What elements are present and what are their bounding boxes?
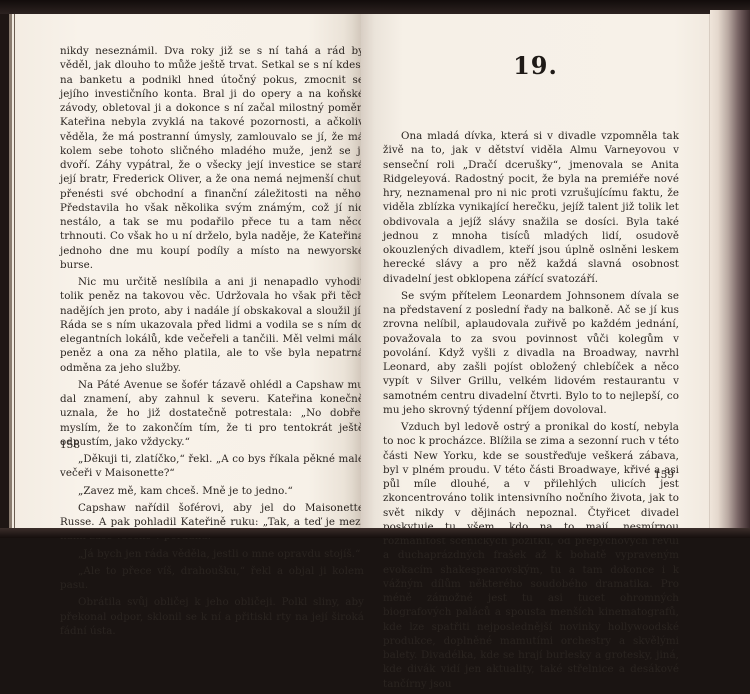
paragraph: Na Páté Avenue se šofér tázavě ohlédl a … [60,378,364,449]
paragraph: Ona mladá dívka, která si v divadle vzpo… [383,129,679,286]
paragraph: Vzduch byl ledově ostrý a pronikal do ko… [383,420,679,538]
book-cover-top-edge [0,0,750,14]
right-page: 19. Ona mladá dívka, která si v divadle … [361,14,710,530]
page-block-edge [710,10,750,530]
page-number: 159 [654,469,674,481]
paragraph: „Zavez mě, kam chceš. Mně je to jedno.“ [60,484,364,498]
paragraph: Se svým přítelem Leonardem Johnsonem dív… [383,289,679,417]
paragraph: Nic mu určitě neslíbila a ani ji nenapad… [60,275,364,375]
right-page-body: Ona mladá dívka, která si v divadle vzpo… [383,129,679,538]
paragraph: „Děkuji ti, zlatíčko,“ řekl. „A co bys ř… [60,452,364,481]
open-book: nikdy neseznámil. Dva roky již se s ní t… [0,0,750,538]
paragraph: nikdy neseznámil. Dva roky již se s ní t… [60,44,364,272]
book-cover-bottom-edge [0,528,750,538]
left-page-body: nikdy neseznámil. Dva roky již se s ní t… [60,44,364,538]
page-number: 158 [60,439,80,451]
chapter-heading: 19. [361,51,710,80]
left-page: nikdy neseznámil. Dva roky již se s ní t… [9,14,361,530]
